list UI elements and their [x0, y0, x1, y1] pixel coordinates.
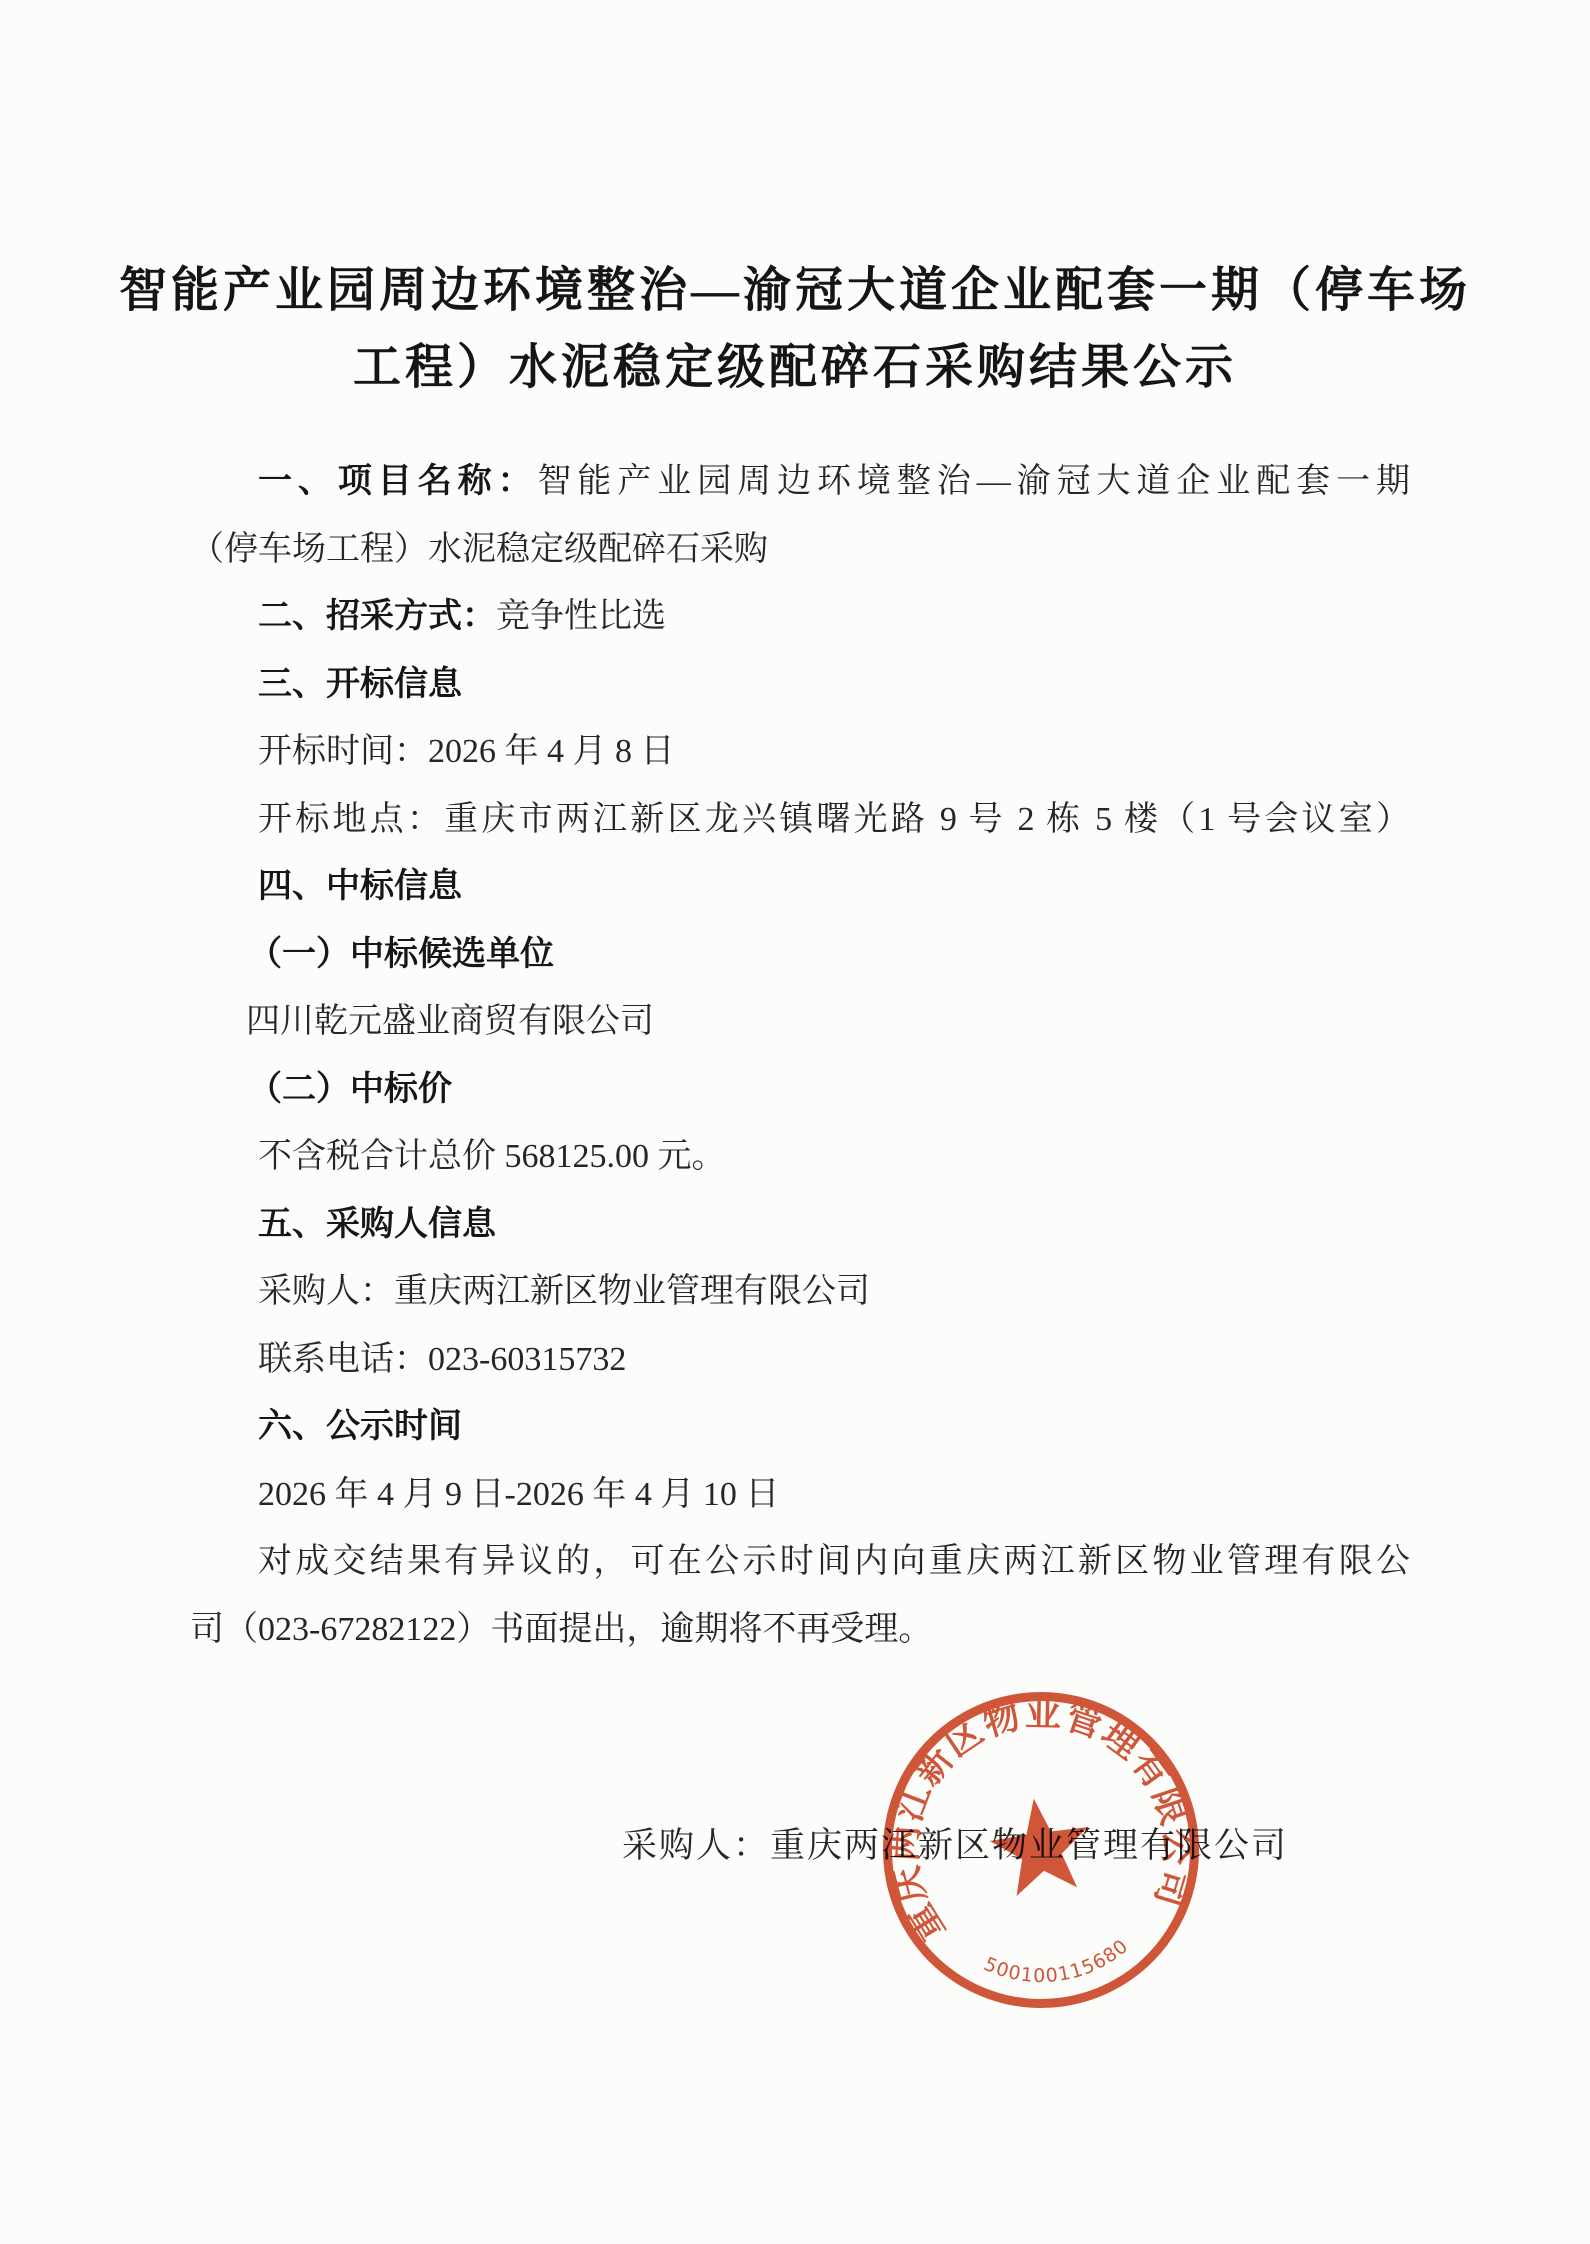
text-line: 三、开标信息: [190, 651, 1410, 719]
text-line: 采购人：重庆两江新区物业管理有限公司: [190, 1258, 1410, 1326]
text-line: 开标时间：2026 年 4 月 8 日: [190, 718, 1410, 786]
text-line: 二、招采方式：竞争性比选: [190, 583, 1410, 651]
text-line: 六、公示时间: [190, 1393, 1410, 1461]
text-line: （二）中标价: [190, 1056, 1410, 1124]
text-line: 对成交结果有异议的，可在公示时间内向重庆两江新区物业管理有限公: [190, 1528, 1410, 1596]
document-page: 智能产业园周边环境整治—渝冠大道企业配套一期（停车场 工程）水泥稳定级配碎石采购…: [0, 0, 1590, 2244]
text-line: （一）中标候选单位: [190, 921, 1410, 989]
document-body: 一、项目名称：智能产业园周边环境整治—渝冠大道企业配套一期（停车场工程）水泥稳定…: [190, 448, 1410, 1663]
seal-star-icon: [985, 1792, 1096, 1899]
text-line: 四川乾元盛业商贸有限公司: [190, 988, 1410, 1056]
text-line: 开标地点：重庆市两江新区龙兴镇曙光路 9 号 2 栋 5 楼（1 号会议室）: [190, 786, 1410, 854]
text-line: 司（023-67282122）书面提出，逾期将不再受理。: [190, 1596, 1410, 1664]
title-line-2: 工程）水泥稳定级配碎石采购结果公示: [0, 329, 1590, 406]
text-line: 四、中标信息: [190, 853, 1410, 921]
text-line: 2026 年 4 月 9 日-2026 年 4 月 10 日: [190, 1461, 1410, 1529]
company-seal: 重庆两江新区物业管理有限公司 5001001156803: [858, 1667, 1224, 2033]
text-line: 不含税合计总价 568125.00 元。: [190, 1123, 1410, 1191]
text-line: 五、采购人信息: [190, 1191, 1410, 1259]
text-line: 联系电话：023-60315732: [190, 1326, 1410, 1394]
title-line-1: 智能产业园周边环境整治—渝冠大道企业配套一期（停车场: [0, 252, 1590, 329]
text-line: 一、项目名称：智能产业园周边环境整治—渝冠大道企业配套一期: [190, 448, 1410, 516]
text-line: （停车场工程）水泥稳定级配碎石采购: [190, 516, 1410, 584]
page-title: 智能产业园周边环境整治—渝冠大道企业配套一期（停车场 工程）水泥稳定级配碎石采购…: [0, 252, 1590, 406]
